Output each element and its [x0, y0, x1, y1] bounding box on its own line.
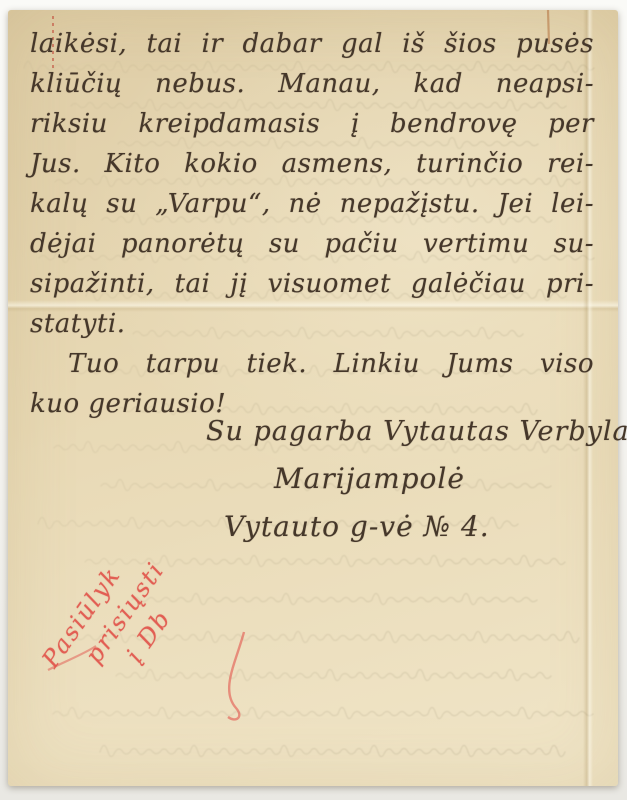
letter-line: kalų su „Varpu“, nė nepažįstu. Jei lei- — [30, 184, 594, 224]
letter-line: riksiu kreipdamasis į bendrovę per — [30, 104, 594, 144]
address-line: Vytauto g-vė № 4. — [224, 510, 490, 543]
scan-background: laikėsi, tai ir dabar gal iš šios pusės … — [0, 0, 627, 800]
letter-line: laikėsi, tai ir dabar gal iš šios pusės — [30, 24, 594, 64]
letter-line: sipažinti, tai jį visuomet galėčiau pri- — [30, 264, 594, 304]
signature-line: Su pagarba Vytautas Verbyla — [206, 416, 627, 447]
letter-line: kliūčių nebus. Manau, kad neapsi- — [30, 64, 594, 104]
letter-body: laikėsi, tai ir dabar gal iš šios pusės … — [30, 24, 594, 424]
letter-closing-line: Tuo tarpu tiek. Linkiu Jums viso — [30, 344, 594, 384]
letter-line: Jus. Kito kokio asmens, turinčio rei- — [30, 144, 594, 184]
letter-line: statyti. — [30, 304, 594, 344]
letter-line: dėjai panorėtų su pačiu vertimu su- — [30, 224, 594, 264]
letter-page: laikėsi, tai ir dabar gal iš šios pusės … — [8, 10, 618, 786]
place-line: Marijampolė — [274, 462, 465, 495]
